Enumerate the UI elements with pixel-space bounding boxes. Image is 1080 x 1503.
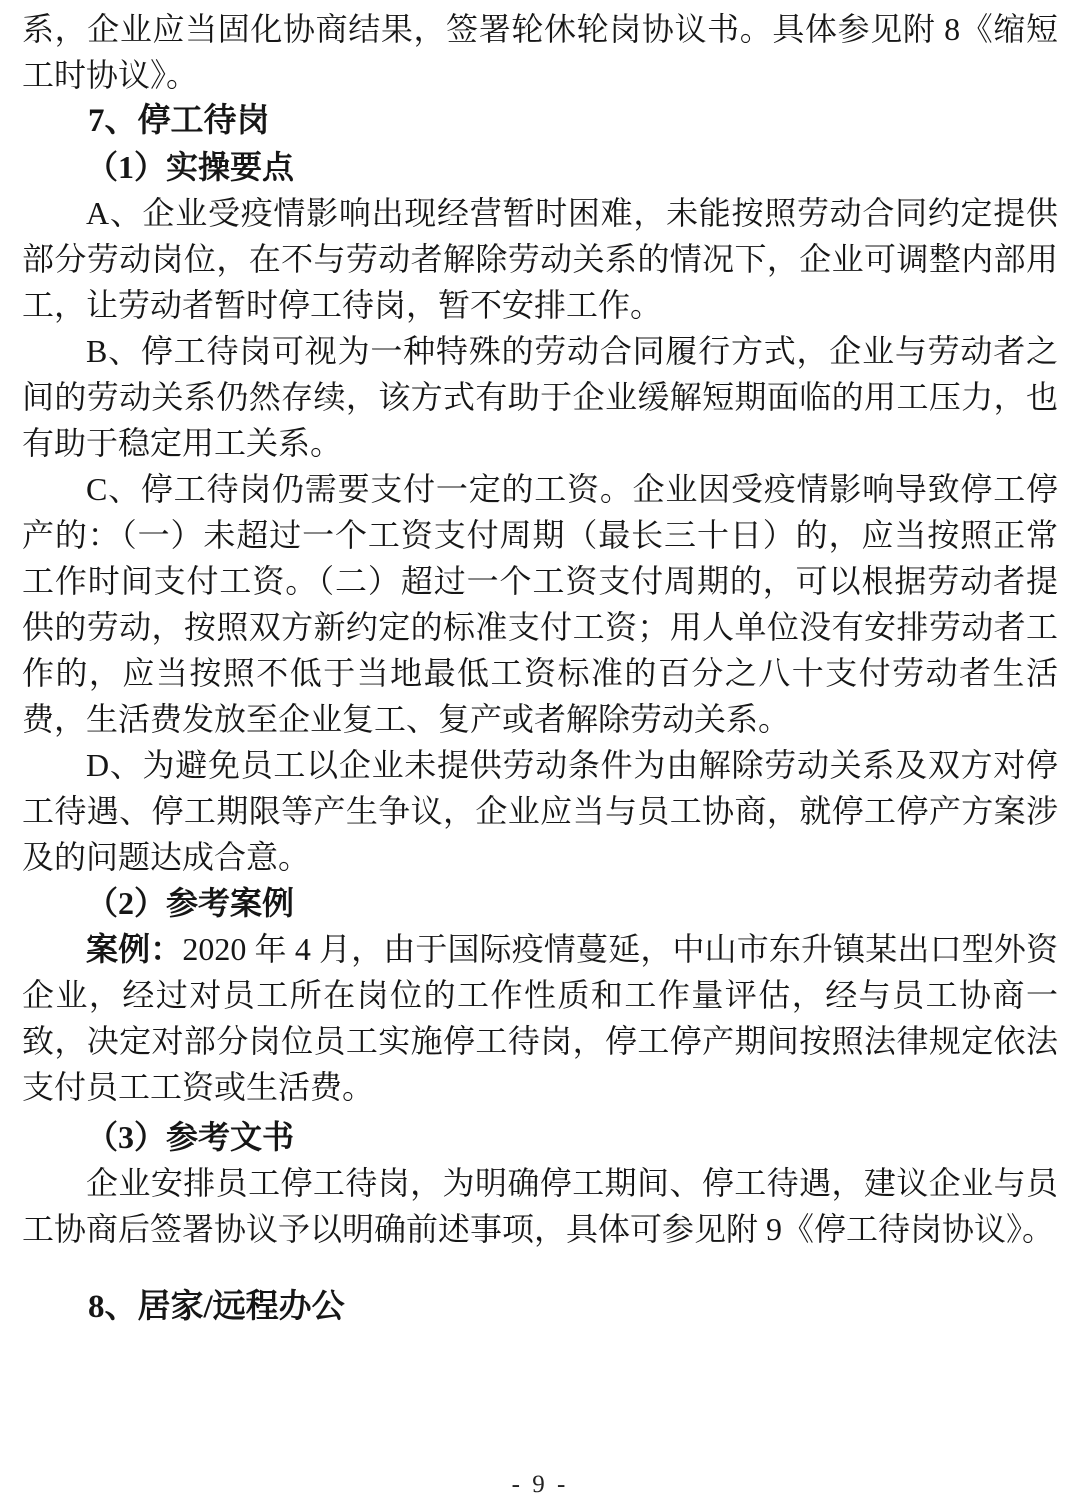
subheading-1-practical-points: （1）实操要点 bbox=[86, 144, 1058, 190]
paragraph-reference-document: 企业安排员工停工待岗，为明确停工期间、停工待遇，建议企业与员工协商后签署协议予以… bbox=[22, 1160, 1058, 1252]
paragraph-point-c: C、停工待岗仍需要支付一定的工资。企业因受疫情影响导致停工停产的：（一）未超过一… bbox=[22, 466, 1058, 742]
case-label: 案例： bbox=[86, 931, 182, 967]
subheading-3-reference-document: （3）参考文书 bbox=[86, 1114, 1058, 1160]
paragraph-point-d: D、为避免员工以企业未提供劳动条件为由解除劳动关系及双方对停工待遇、停工期限等产… bbox=[22, 742, 1058, 880]
paragraph-point-a: A、企业受疫情影响出现经营暂时困难，未能按照劳动合同约定提供部分劳动岗位，在不与… bbox=[22, 190, 1058, 328]
paragraph-point-b: B、停工待岗可视为一种特殊的劳动合同履行方式，企业与劳动者之间的劳动关系仍然存续… bbox=[22, 328, 1058, 466]
document-page: 系，企业应当固化协商结果，签署轮休轮岗协议书。具体参见附 8《缩短工时协议》。 … bbox=[0, 0, 1080, 1503]
page-number: - 9 - bbox=[0, 1472, 1080, 1497]
subheading-2-reference-case: （2）参考案例 bbox=[86, 880, 1058, 926]
intro-continuation-paragraph: 系，企业应当固化协商结果，签署轮休轮岗协议书。具体参见附 8《缩短工时协议》。 bbox=[22, 6, 1058, 98]
section-heading-7-stop-work-standby: 7、停工待岗 bbox=[88, 98, 1058, 144]
paragraph-reference-case: 案例：2020 年 4 月，由于国际疫情蔓延，中山市东升镇某出口型外资企业，经过… bbox=[22, 926, 1058, 1110]
section-heading-8-remote-work: 8、居家/远程办公 bbox=[88, 1284, 1058, 1330]
